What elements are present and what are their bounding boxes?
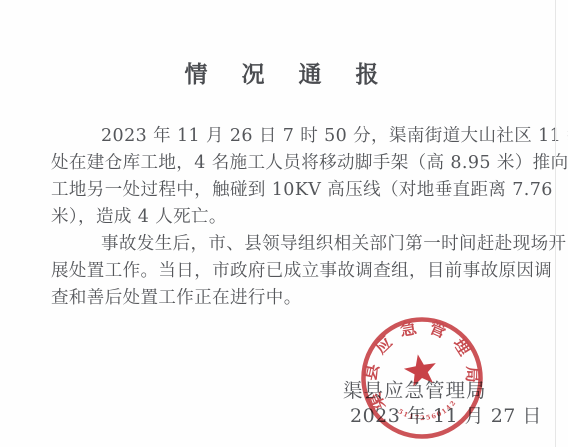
- body-line: 米），造成 4 人死亡。: [51, 204, 537, 231]
- body-line: 2023 年 11 月 26 日 7 时 50 分，渠南街道大山社区 11 组一: [51, 123, 537, 150]
- document-page: 情 况 通 报 2023 年 11 月 26 日 7 时 50 分，渠南街道大山…: [0, 0, 568, 447]
- document-title: 情 况 通 报: [0, 56, 568, 89]
- body-line: 事故发生后，市、县领导组织相关部门第一时间赶赴现场开: [51, 231, 537, 258]
- body-line: 工地另一处过程中，触碰到 10KV 高压线（对地垂直距离 7.76: [51, 177, 537, 204]
- seal-serial: 51172560142: [396, 397, 461, 427]
- body-line: 展处置工作。当日，市政府已成立事故调查组，目前事故原因调: [51, 258, 537, 285]
- paragraph-incident: 2023 年 11 月 26 日 7 时 50 分，渠南街道大山社区 11 组一…: [51, 123, 537, 231]
- seal-star-icon: [402, 352, 439, 388]
- document-body: 2023 年 11 月 26 日 7 时 50 分，渠南街道大山社区 11 组一…: [51, 123, 537, 312]
- official-seal: 渠县应急管理局 51172560142: [346, 302, 499, 447]
- paper-edge-line: [555, 0, 556, 447]
- paragraph-response: 事故发生后，市、县领导组织相关部门第一时间赶赴现场开 展处置工作。当日，市政府已…: [51, 231, 537, 312]
- body-line: 处在建仓库工地，4 名施工人员将移动脚手架（高 8.95 米）推向: [51, 150, 537, 177]
